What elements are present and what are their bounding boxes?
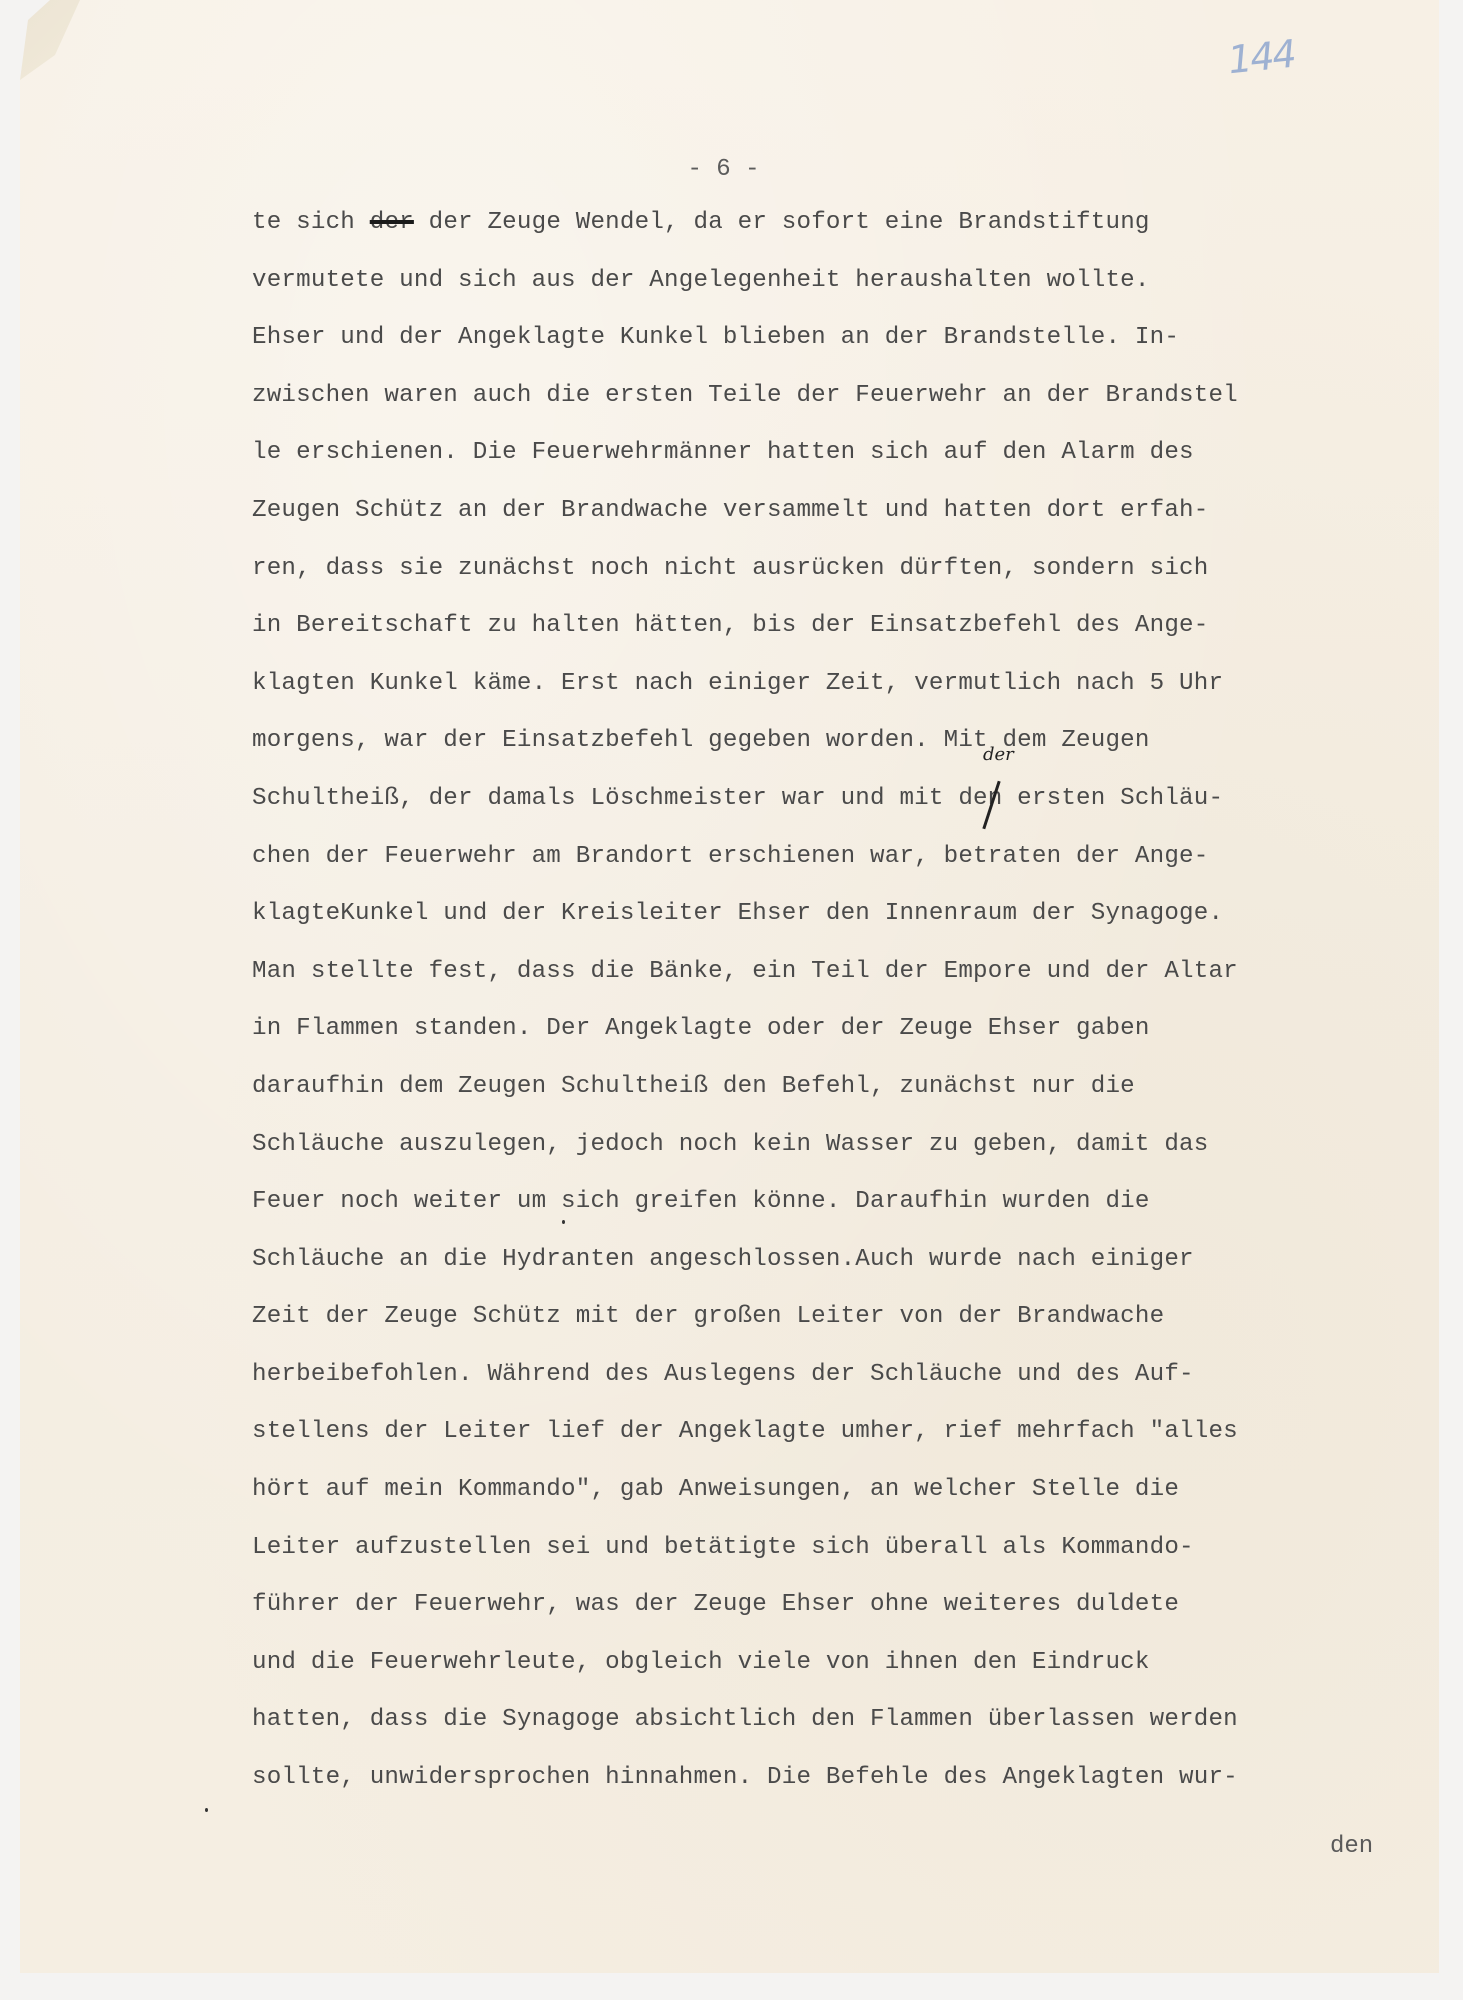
text-line: te sich der der Zeuge Wendel, da er sofo… [252, 208, 1442, 266]
text-line: stellens der Leiter lief der Angeklagte … [252, 1417, 1442, 1475]
handwritten-insertion: der [983, 744, 1014, 765]
text-line: morgens, war der Einsatzbefehl gegeben w… [252, 726, 1442, 784]
text-line: zwischen waren auch die ersten Teile der… [252, 381, 1442, 439]
catchword: den [1330, 1833, 1373, 1860]
text-line: sollte, unwidersprochen hinnahmen. Die B… [252, 1763, 1442, 1821]
text-line: in Flammen standen. Der Angeklagte oder … [252, 1014, 1442, 1072]
text-line: hatten, dass die Synagoge absichtlich de… [252, 1705, 1442, 1763]
text-line: Leiter aufzustellen sei und betätigte si… [252, 1533, 1442, 1591]
text-line: Feuer noch weiter um sich greifen könne.… [252, 1187, 1442, 1245]
text-line: Zeugen Schütz an der Brandwache versamme… [252, 496, 1442, 554]
text-line: Ehser und der Angeklagte Kunkel blieben … [252, 323, 1442, 381]
text-line: und die Feuerwehrleute, obgleich viele v… [252, 1648, 1442, 1706]
text-line: in Bereitschaft zu halten hätten, bis de… [252, 611, 1442, 669]
text-line: daraufhin dem Zeugen Schultheiß den Befe… [252, 1072, 1442, 1130]
text-line: führer der Feuerwehr, was der Zeuge Ehse… [252, 1590, 1442, 1648]
text-line: klagten Kunkel käme. Erst nach einiger Z… [252, 669, 1442, 727]
text-line: hört auf mein Kommando", gab Anweisungen… [252, 1475, 1442, 1533]
text-line: le erschienen. Die Feuerwehrmänner hatte… [252, 438, 1442, 496]
struck-word: der [370, 209, 414, 236]
text-line: Schläuche an die Hydranten angeschlossen… [252, 1245, 1442, 1303]
typewritten-body: te sich der der Zeuge Wendel, da er sofo… [252, 208, 1442, 1821]
text-line: klagteKunkel und der Kreisleiter Ehser d… [252, 899, 1442, 957]
text-line: Schultheiß, der damals Löschmeister war … [252, 784, 1442, 842]
text-line: Schläuche auszulegen, jedoch noch kein W… [252, 1130, 1442, 1188]
text-line: vermutete und sich aus der Angelegenheit… [252, 266, 1442, 324]
text-line: herbeibefohlen. Während des Auslegens de… [252, 1360, 1442, 1418]
ink-speck [562, 1220, 565, 1224]
text-line: Zeit der Zeuge Schütz mit der großen Lei… [252, 1302, 1442, 1360]
ink-speck [205, 1808, 208, 1812]
text-line: chen der Feuerwehr am Brandort erschiene… [252, 842, 1442, 900]
text-line: Man stellte fest, dass die Bänke, ein Te… [252, 957, 1442, 1015]
text-line: ren, dass sie zunächst noch nicht ausrüc… [252, 554, 1442, 612]
text-segment: der Zeuge Wendel, da er sofort eine Bran… [414, 209, 1150, 236]
folio-annotation: 144 [1226, 32, 1297, 83]
text-segment: te sich [252, 209, 370, 236]
page-number: - 6 - [0, 156, 1455, 183]
